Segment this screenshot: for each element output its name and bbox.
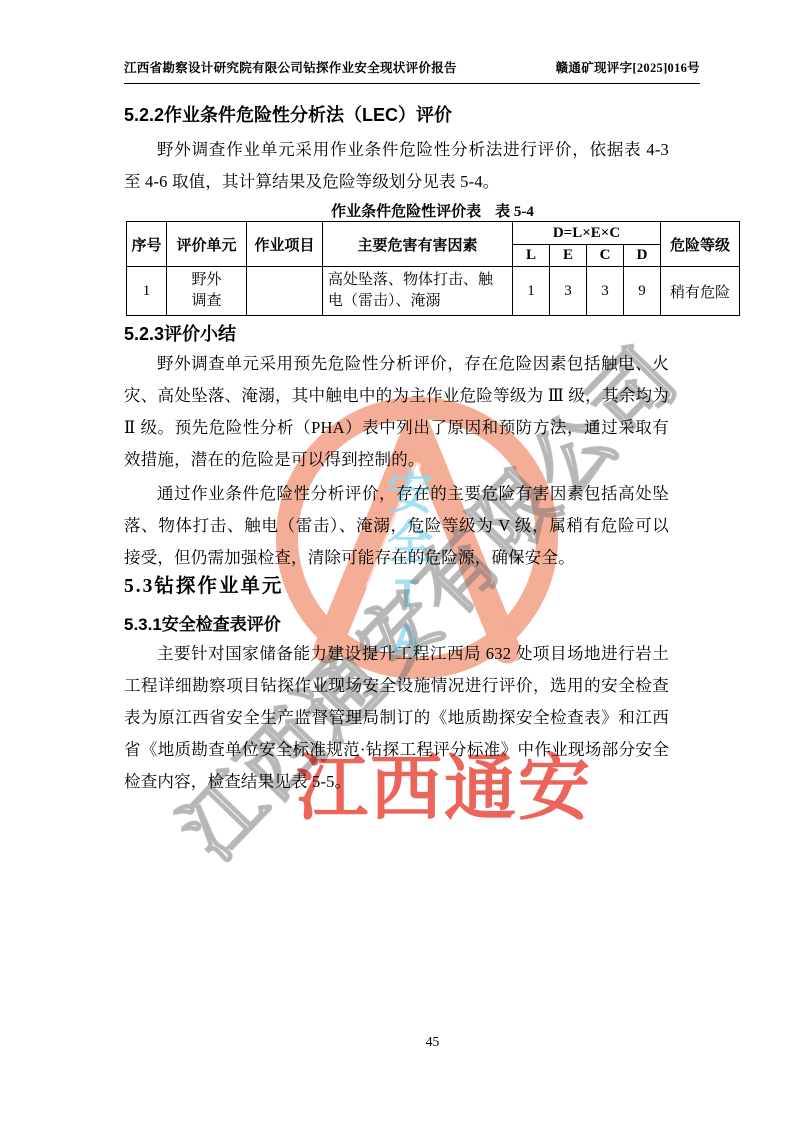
page-header: 江西省勘察设计研究院有限公司钻探作业安全现状评价报告 赣通矿现评字[2025]0… — [124, 58, 700, 84]
heading-5-2-2: 5.2.2作业条件危险性分析法（LEC）评价 — [124, 101, 452, 127]
cell-c: 3 — [587, 267, 624, 316]
heading-5-3: 5.3钻探作业单元 — [124, 570, 283, 598]
col-header-d: D — [624, 245, 661, 267]
cell-level: 稍有危险 — [661, 267, 740, 316]
col-header-formula: D=L×E×C — [513, 222, 661, 245]
cell-index: 1 — [127, 267, 167, 316]
table-row: 1 野外调查 高处坠落、物体打击、触电（雷击）、淹溺 1 3 3 9 稍有危险 — [127, 267, 740, 316]
paragraph-5-2-3-2: 通过作业条件危险性分析评价，存在的主要危险有害因素包括高处坠落、物体打击、触电（… — [124, 478, 669, 574]
header-right-docno: 赣通矿现评字[2025]016号 — [556, 58, 700, 76]
table-5-4-title: 作业条件危险性评价表表 5-4 — [126, 200, 739, 221]
paragraph-5-2-2: 野外调查作业单元采用作业条件危险性分析法进行评价，依据表 4-3 至 4-6 取… — [124, 134, 669, 198]
cell-factors: 高处坠落、物体打击、触电（雷击）、淹溺 — [323, 267, 513, 316]
col-header-e: E — [550, 245, 587, 267]
col-header-unit: 评价单元 — [167, 222, 247, 267]
document-page: 安全 TA 江西通安有限公司 江西省勘察设计研究院有限公司钻探作业安全现状评价报… — [0, 0, 793, 1122]
table-5-4: 序号 评价单元 作业项目 主要危害有害因素 D=L×E×C 危险等级 L E C… — [126, 221, 740, 316]
paragraph-5-3-1: 主要针对国家储备能力建设提升工程江西局 632 处项目场地进行岩土工程详细勘察项… — [124, 638, 669, 798]
cell-unit: 野外调查 — [167, 267, 247, 316]
heading-5-3-1: 5.3.1安全检查表评价 — [124, 610, 281, 635]
header-left-title: 江西省勘察设计研究院有限公司钻探作业安全现状评价报告 — [124, 58, 457, 76]
col-header-index: 序号 — [127, 222, 167, 267]
table-5-4-tag: 表 5-4 — [495, 204, 534, 220]
col-header-c: C — [587, 245, 624, 267]
col-header-l: L — [513, 245, 550, 267]
col-header-factors: 主要危害有害因素 — [323, 222, 513, 267]
cell-d: 9 — [624, 267, 661, 316]
page-number: 45 — [126, 1034, 739, 1050]
cell-e: 3 — [550, 267, 587, 316]
cell-item — [247, 267, 323, 316]
heading-5-2-3: 5.2.3评价小结 — [124, 320, 236, 346]
paragraph-5-2-3-1: 野外调查单元采用预先危险性分析评价，存在危险因素包括触电、火灾、高处坠落、淹溺，… — [124, 348, 669, 476]
col-header-item: 作业项目 — [247, 222, 323, 267]
col-header-level: 危险等级 — [661, 222, 740, 267]
cell-l: 1 — [513, 267, 550, 316]
table-5-4-title-text: 作业条件危险性评价表 — [331, 203, 481, 220]
